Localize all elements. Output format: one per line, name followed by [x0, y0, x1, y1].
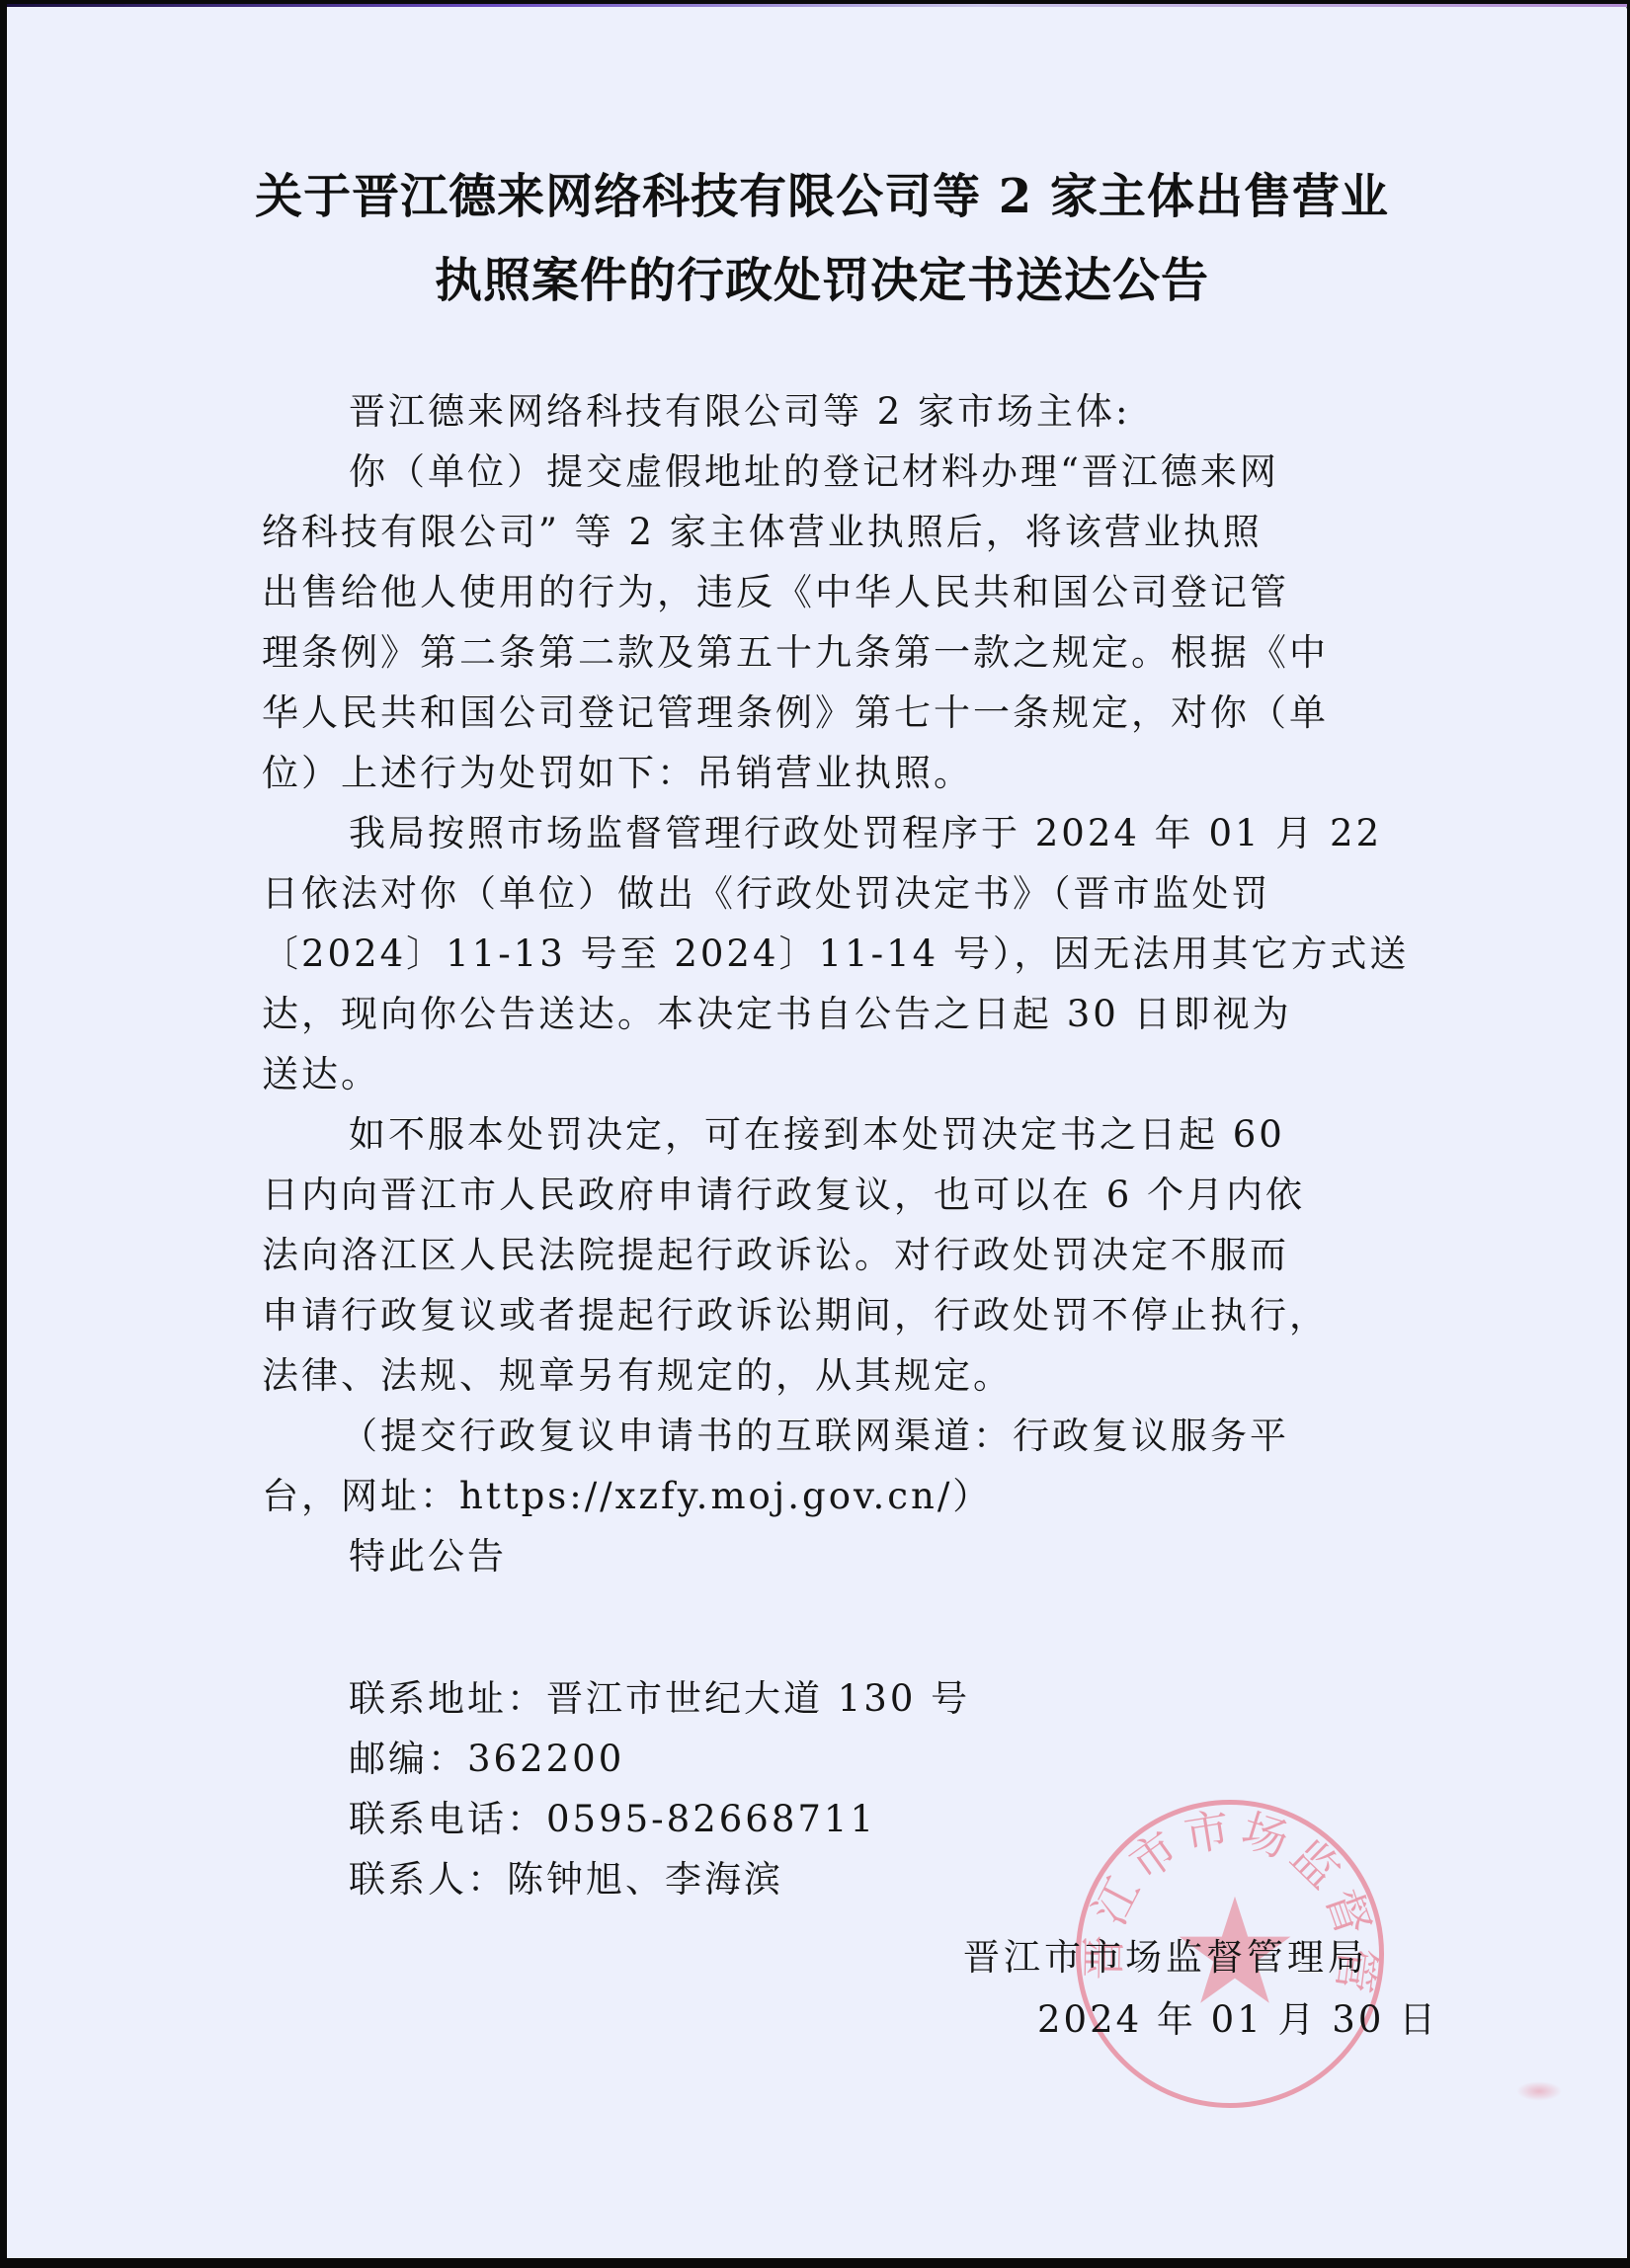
- closing-statement: 特此公告: [349, 1526, 507, 1586]
- online-channel-line: 台，网址：https://xzfy.moj.gov.cn/）: [262, 1466, 992, 1526]
- appeal-line: 法律、法规、规章另有规定的，从其规定。: [262, 1345, 1013, 1406]
- service-line: 送达。: [262, 1044, 380, 1104]
- contact-phone: 联系电话：0595-82668711: [349, 1789, 876, 1849]
- contact-persons: 联系人：陈钟旭、李海滨: [349, 1849, 783, 1909]
- violation-line: 络科技有限公司” 等 2 家主体营业执照后，将该营业执照: [262, 502, 1263, 562]
- service-line: 达，现向你公告送达。本决定书自公告之日起 30 日即视为: [262, 984, 1292, 1044]
- violation-line: 理条例》第二条第二款及第五十九条第一款之规定。根据《中: [262, 622, 1329, 683]
- document-title-line-2: 执照案件的行政处罚决定书送达公告: [7, 251, 1630, 310]
- service-line: 日依法对你（单位）做出《行政处罚决定书》（晋市监处罚: [262, 863, 1271, 924]
- addressee: 晋江德来网络科技有限公司等 2 家市场主体:: [349, 381, 1131, 442]
- appeal-line: 申请行政复议或者提起行政诉讼期间，行政处罚不停止执行，: [262, 1285, 1329, 1345]
- violation-line: 你（单位）提交虚假地址的登记材料办理“晋江德来网: [349, 442, 1279, 502]
- appeal-line: 法向洛江区人民法院提起行政诉讼。对行政处罚决定不服而: [262, 1225, 1289, 1285]
- document-page: 关于晋江德来网络科技有限公司等 2 家主体出售营业 执照案件的行政处罚决定书送达…: [7, 4, 1627, 2258]
- document-title-line-1: 关于晋江德来网络科技有限公司等 2 家主体出售营业: [7, 167, 1630, 226]
- violation-line: 位）上述行为处罚如下：吊销营业执照。: [262, 743, 973, 803]
- service-line: 我局按照市场监督管理行政处罚程序于 2024 年 01 月 22: [349, 803, 1382, 863]
- contact-postcode: 邮编：362200: [349, 1729, 624, 1789]
- violation-line: 华人民共和国公司登记管理条例》第七十一条规定，对你（单: [262, 683, 1329, 743]
- service-line: 〔2024〕11-13 号至 2024〕11-14 号），因无法用其它方式送: [262, 924, 1409, 984]
- ink-speck: [1516, 2081, 1562, 2101]
- contact-address: 联系地址：晋江市世纪大道 130 号: [349, 1668, 970, 1729]
- signing-date: 2024 年 01 月 30 日: [1037, 1989, 1438, 2043]
- online-channel-line: （提交行政复议申请书的互联网渠道：行政复议服务平: [341, 1406, 1289, 1466]
- appeal-line: 日内向晋江市人民政府申请行政复议，也可以在 6 个月内依: [262, 1165, 1305, 1225]
- signing-organization: 晋江市市场监督管理局: [963, 1927, 1368, 1981]
- violation-line: 出售给他人使用的行为，违反《中华人民共和国公司登记管: [262, 562, 1289, 622]
- appeal-line: 如不服本处罚决定，可在接到本处罚决定书之日起 60: [349, 1104, 1285, 1165]
